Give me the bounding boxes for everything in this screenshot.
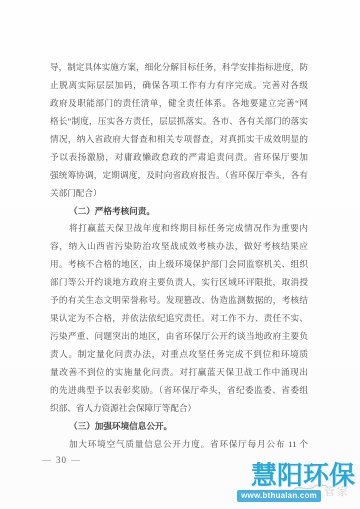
text-line: 予的有关生态文明荣誉称号。发现篡改、伪造监测数据的，考核结: [50, 292, 308, 310]
text-line: 量改善不到位的实施量化问责。对打赢蓝天保卫战工作中涌现出: [50, 364, 308, 382]
text-line: 果认定为不合格，并依法依纪追究责任。对工作不力、责任不实、: [50, 310, 308, 328]
page-number-right-dash: —: [71, 455, 81, 465]
page-number: —30—: [38, 453, 85, 467]
scanned-document-page: 导，制定具体实施方案，细化分解目标任务，科学安排指标进度，防止脱离实际层层加码，…: [0, 0, 360, 509]
text-line: （二）严格考核问责。: [50, 203, 308, 221]
text-line: 部门等公开约谈地方政府主要负责人，实行区域环评限批，取消授: [50, 274, 308, 292]
page-number-value: 30: [56, 455, 67, 465]
text-line: （三）加强环境信息公开。: [50, 418, 308, 436]
text-line: 责人。制定量化问责办法，对重点攻坚任务完成不到位和环境质: [50, 346, 308, 364]
text-line: 强统筹协调，定期调度，及时向省政府报告。（省环保厅牵头，各有: [50, 167, 308, 185]
watermark-url-text: www.bthualan.com: [237, 490, 321, 502]
text-line: 导，制定具体实施方案，细化分解目标任务，科学安排指标进度，防: [50, 59, 308, 77]
text-line: 污染严重、问题突出的地区，由省环保厅公开约谈当地政府主要负: [50, 328, 308, 346]
text-line: 政府及职能部门的责任清单，健全责任体系。各地要建立完善“网: [50, 95, 308, 113]
text-line: 的先进典型予以表彰奖励。（省环保厅牵头，省纪委监委、省委组: [50, 382, 308, 400]
document-body-text: 导，制定具体实施方案，细化分解目标任务，科学安排指标进度，防止脱离实际层层加码，…: [50, 59, 308, 454]
text-line: 格长”制度，压实各方责任，层层抓落实。各市、各有关部门的落实: [50, 113, 308, 131]
faint-scribble-mark: [291, 481, 327, 495]
text-line: 关部门配合）: [50, 185, 308, 203]
text-line: 用。考核不合格的地区，由上级环境保护部门会同监察机关、组织: [50, 256, 308, 274]
text-line: 止脱离实际层层加码，确保各项工作有力有序完成。完善对各级: [50, 77, 308, 95]
text-line: 容，纳入山西省污染防治攻坚战成效考核办法，做好考核结果应: [50, 238, 308, 256]
watermark-faint-text: 管家: [324, 485, 350, 499]
text-line: 织部、省人力资源社会保障厅等配合）: [50, 400, 308, 418]
text-line: 将打赢蓝天保卫战年度和终期目标任务完成情况作为重要内: [50, 220, 308, 238]
text-line: 情况，纳入省政府大督查和相关专项督查，对真抓实干成效明显的: [50, 131, 308, 149]
text-line: 予以表扬激励，对庸政懒政怠政的严肃追责问责。省环保厅要加: [50, 149, 308, 167]
text-line: 加大环境空气质量信息公开力度。省环保厅每月公布 11 个: [50, 436, 308, 454]
page-number-left-dash: —: [42, 455, 52, 465]
watermark-brand-text: 慧阳环保: [251, 461, 355, 488]
